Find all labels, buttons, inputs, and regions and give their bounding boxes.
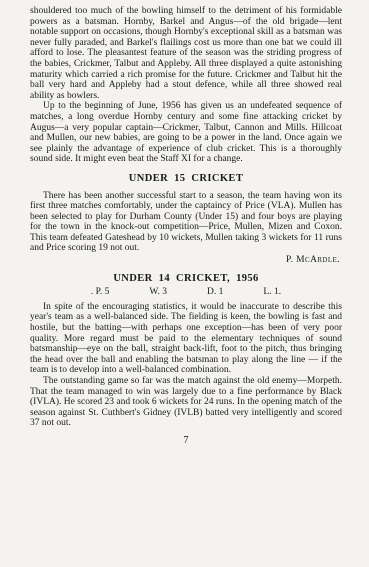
page-number: 7 bbox=[30, 436, 342, 447]
under-14-cricket-paragraph-assessment: In spite of the encouraging statistics, … bbox=[30, 302, 342, 376]
stat-won: W. 3 bbox=[149, 287, 167, 298]
under-15-cricket-paragraph: There has been another successful start … bbox=[30, 191, 342, 255]
under-15-cricket-heading: UNDER 15 CRICKET bbox=[30, 174, 342, 185]
senior-cricket-paragraph-continuation: shouldered too much of the bowling himse… bbox=[30, 6, 342, 101]
season-record-stats-row: . P. 5 W. 3 D. 1 L. 1. bbox=[30, 287, 342, 298]
under-14-cricket-paragraph-matches: The outstanding game so far was the matc… bbox=[30, 376, 342, 429]
under-14-cricket-heading: UNDER 14 CRICKET, 1956 bbox=[30, 274, 342, 285]
stat-drawn: D. 1 bbox=[207, 287, 223, 298]
senior-cricket-paragraph-june-summary: Up to the beginning of June, 1956 has gi… bbox=[30, 101, 342, 165]
author-signature: P. McArdle. bbox=[30, 255, 340, 266]
stat-played: . P. 5 bbox=[91, 287, 109, 298]
scanned-magazine-page: shouldered too much of the bowling himse… bbox=[0, 0, 369, 567]
stat-lost: L. 1. bbox=[263, 287, 281, 298]
